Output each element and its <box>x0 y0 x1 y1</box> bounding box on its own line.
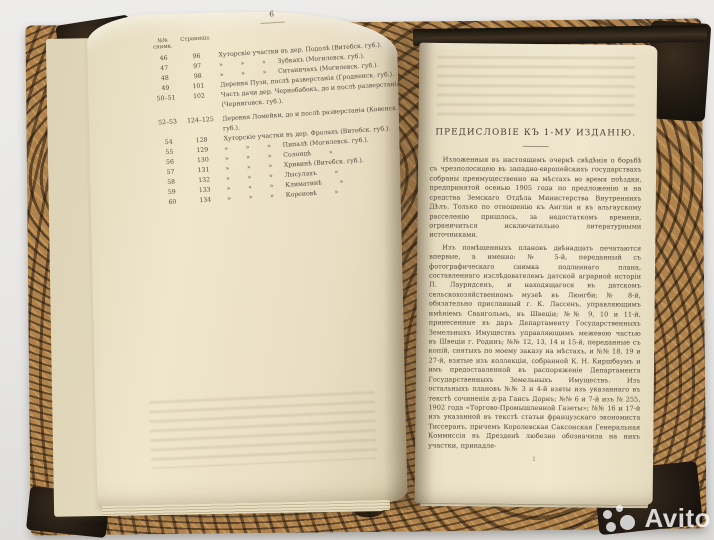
plate-number: 52–53 <box>152 117 183 129</box>
plates-table: 6 №№ снимк. Страницы. 46 96 Хуторскіе уч… <box>146 1 409 209</box>
show-through-text <box>437 55 635 116</box>
page-number: 6 <box>146 1 398 29</box>
signature-mark: 1 <box>428 456 640 464</box>
preface-paragraph: Изъ помѣщенныхъ плановъ двѣнадцать печат… <box>428 243 641 451</box>
column-header-pages: Страницы. <box>177 35 214 50</box>
watermark-brand-text: Avito <box>644 503 711 534</box>
column-header-plates: №№ снимк. <box>147 37 178 51</box>
preface-page: ПРЕДИСЛОВІЕ КЪ 1-МУ ИЗДАНІЮ. Изложенныя … <box>428 55 642 502</box>
logo-dot <box>603 510 612 519</box>
preface-heading: ПРЕДИСЛОВІЕ КЪ 1-МУ ИЗДАНІЮ. <box>430 127 642 138</box>
show-through-text <box>149 391 378 469</box>
logo-dot <box>620 515 635 530</box>
logo-dot <box>616 505 623 512</box>
plate-number: 60 <box>157 197 188 209</box>
avito-logo-icon <box>603 504 637 534</box>
page-ref: 102 <box>181 91 218 103</box>
page-ref: 124–125 <box>182 115 219 127</box>
avito-watermark: Avito <box>603 503 711 534</box>
preface-paragraph: Изложенныя въ настоящемъ очеркѣ свѣдѣнія… <box>429 155 641 241</box>
logo-dot <box>606 522 616 532</box>
heading-rule <box>523 146 549 147</box>
plate-number: 50–51 <box>151 93 182 105</box>
book-photo: 6 №№ снимк. Страницы. 46 96 Хуторскіе уч… <box>0 0 714 540</box>
page-number-rule <box>261 22 285 24</box>
